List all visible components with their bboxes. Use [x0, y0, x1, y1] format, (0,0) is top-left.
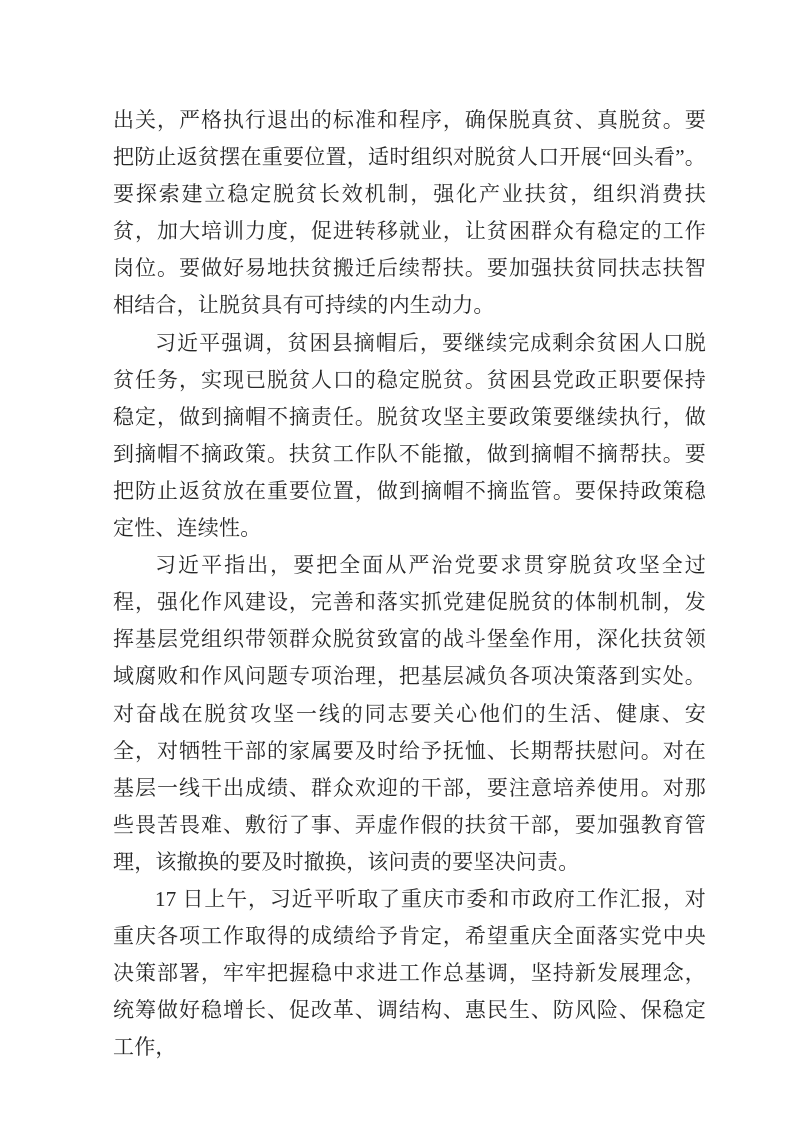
- paragraph: 习近平指出，要把全面从严治党要求贯穿脱贫攻坚全过程，强化作风建设，完善和落实抓党…: [113, 547, 706, 881]
- paragraph: 习近平强调，贫困县摘帽后，要继续完成剩余贫困人口脱贫任务，实现已脱贫人口的稳定脱…: [113, 325, 706, 548]
- document-body: 出关，严格执行退出的标准和程序，确保脱真贫、真脱贫。要把防止返贫摆在重要位置，适…: [113, 102, 706, 1066]
- paragraph: 17 日上午，习近平听取了重庆市委和市政府工作汇报，对重庆各项工作取得的成绩给予…: [113, 881, 706, 1066]
- paragraph: 出关，严格执行退出的标准和程序，确保脱真贫、真脱贫。要把防止返贫摆在重要位置，适…: [113, 102, 706, 325]
- document-page: 出关，严格执行退出的标准和程序，确保脱真贫、真脱贫。要把防止返贫摆在重要位置，适…: [0, 0, 793, 1122]
